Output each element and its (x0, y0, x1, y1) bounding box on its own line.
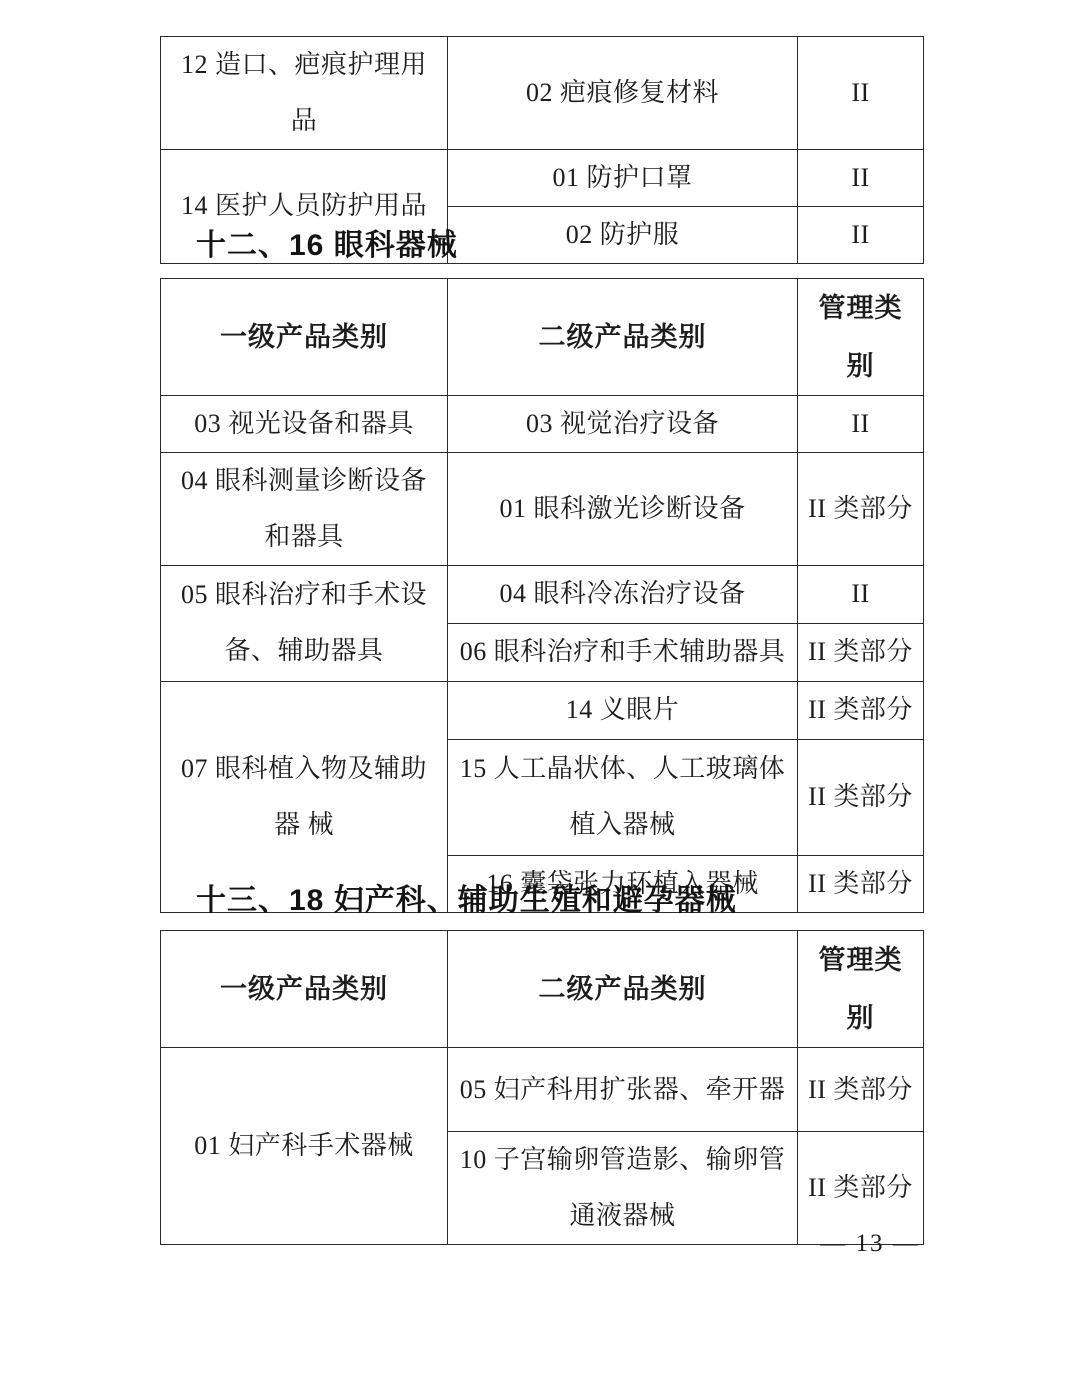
table-row: 01 妇产科手术器械 05 妇产科用扩张器、牵开器 II 类部分 (161, 1048, 924, 1132)
cell-management-class: II 类部分 (798, 452, 924, 565)
cell-management-class: II 类部分 (798, 739, 924, 855)
cell-management-class: II 类部分 (798, 623, 924, 681)
column-header-level1: 一级产品类别 (161, 931, 448, 1048)
ophthalmic-table: 一级产品类别 二级产品类别 管理类别 03 视光设备和器具 03 视觉治疗设备 … (160, 278, 924, 913)
cell-category-level1: 04 眼科测量诊断设备 和器具 (161, 452, 448, 565)
cell-category-level2: 01 眼科激光诊断设备 (448, 452, 798, 565)
cell-category-level2: 02 防护服 (448, 206, 798, 263)
cell-management-class: II (798, 37, 924, 150)
cell-category-level2: 10 子宫输卵管造影、输卵管 通液器械 (448, 1132, 798, 1245)
cell-management-class: II (798, 206, 924, 263)
table-row: 14 医护人员防护用品 01 防护口罩 II (161, 149, 924, 206)
table-header-row: 一级产品类别 二级产品类别 管理类别 (161, 931, 924, 1048)
cell-category-level1: 05 眼科治疗和手术设 备、辅助器具 (161, 565, 448, 681)
table-header-row: 一级产品类别 二级产品类别 管理类别 (161, 279, 924, 396)
table-row: 07 眼科植入物及辅助器 械 14 义眼片 II 类部分 (161, 681, 924, 739)
cell-category-level1: 01 妇产科手术器械 (161, 1048, 448, 1245)
cell-management-class: II (798, 565, 924, 623)
cell-management-class: II (798, 149, 924, 206)
cell-management-class: II 类部分 (798, 1048, 924, 1132)
cell-management-class: II (798, 396, 924, 453)
table-row: 05 眼科治疗和手术设 备、辅助器具 04 眼科冷冻治疗设备 II (161, 565, 924, 623)
cell-category-level1: 12 造口、疤痕护理用品 (161, 37, 448, 150)
column-header-level1: 一级产品类别 (161, 279, 448, 396)
cell-category-level2: 02 疤痕修复材料 (448, 37, 798, 150)
cell-category-level2: 15 人工晶状体、人工玻璃体 植入器械 (448, 739, 798, 855)
column-header-class: 管理类别 (798, 931, 924, 1048)
section-heading-ophthalmic: 十二、16 眼科器械 (196, 229, 458, 263)
cell-category-level1: 07 眼科植入物及辅助器 械 (161, 681, 448, 912)
obstetric-table: 一级产品类别 二级产品类别 管理类别 01 妇产科手术器械 05 妇产科用扩张器… (160, 930, 924, 1245)
cell-management-class: II 类部分 (798, 855, 924, 912)
section-heading-obstetric: 十三、18 妇产科、辅助生殖和避孕器械 (196, 884, 737, 918)
cell-management-class: II 类部分 (798, 681, 924, 739)
column-header-level2: 二级产品类别 (448, 279, 798, 396)
cell-management-class: II 类部分 (798, 1132, 924, 1245)
document-page: 12 造口、疤痕护理用品 02 疤痕修复材料 II 14 医护人员防护用品 01… (0, 0, 1080, 1387)
cell-category-level2: 03 视觉治疗设备 (448, 396, 798, 453)
cell-category-level1: 03 视光设备和器具 (161, 396, 448, 453)
table-row: 03 视光设备和器具 03 视觉治疗设备 II (161, 396, 924, 453)
cell-category-level2: 14 义眼片 (448, 681, 798, 739)
cell-category-level2: 05 妇产科用扩张器、牵开器 (448, 1048, 798, 1132)
cell-category-level2: 01 防护口罩 (448, 149, 798, 206)
cell-category-level2: 04 眼科冷冻治疗设备 (448, 565, 798, 623)
table-row: 04 眼科测量诊断设备 和器具 01 眼科激光诊断设备 II 类部分 (161, 452, 924, 565)
cell-category-level2: 06 眼科治疗和手术辅助器具 (448, 623, 798, 681)
column-header-level2: 二级产品类别 (448, 931, 798, 1048)
page-number: — 13 — (790, 1230, 950, 1258)
column-header-class: 管理类别 (798, 279, 924, 396)
table-row: 12 造口、疤痕护理用品 02 疤痕修复材料 II (161, 37, 924, 150)
